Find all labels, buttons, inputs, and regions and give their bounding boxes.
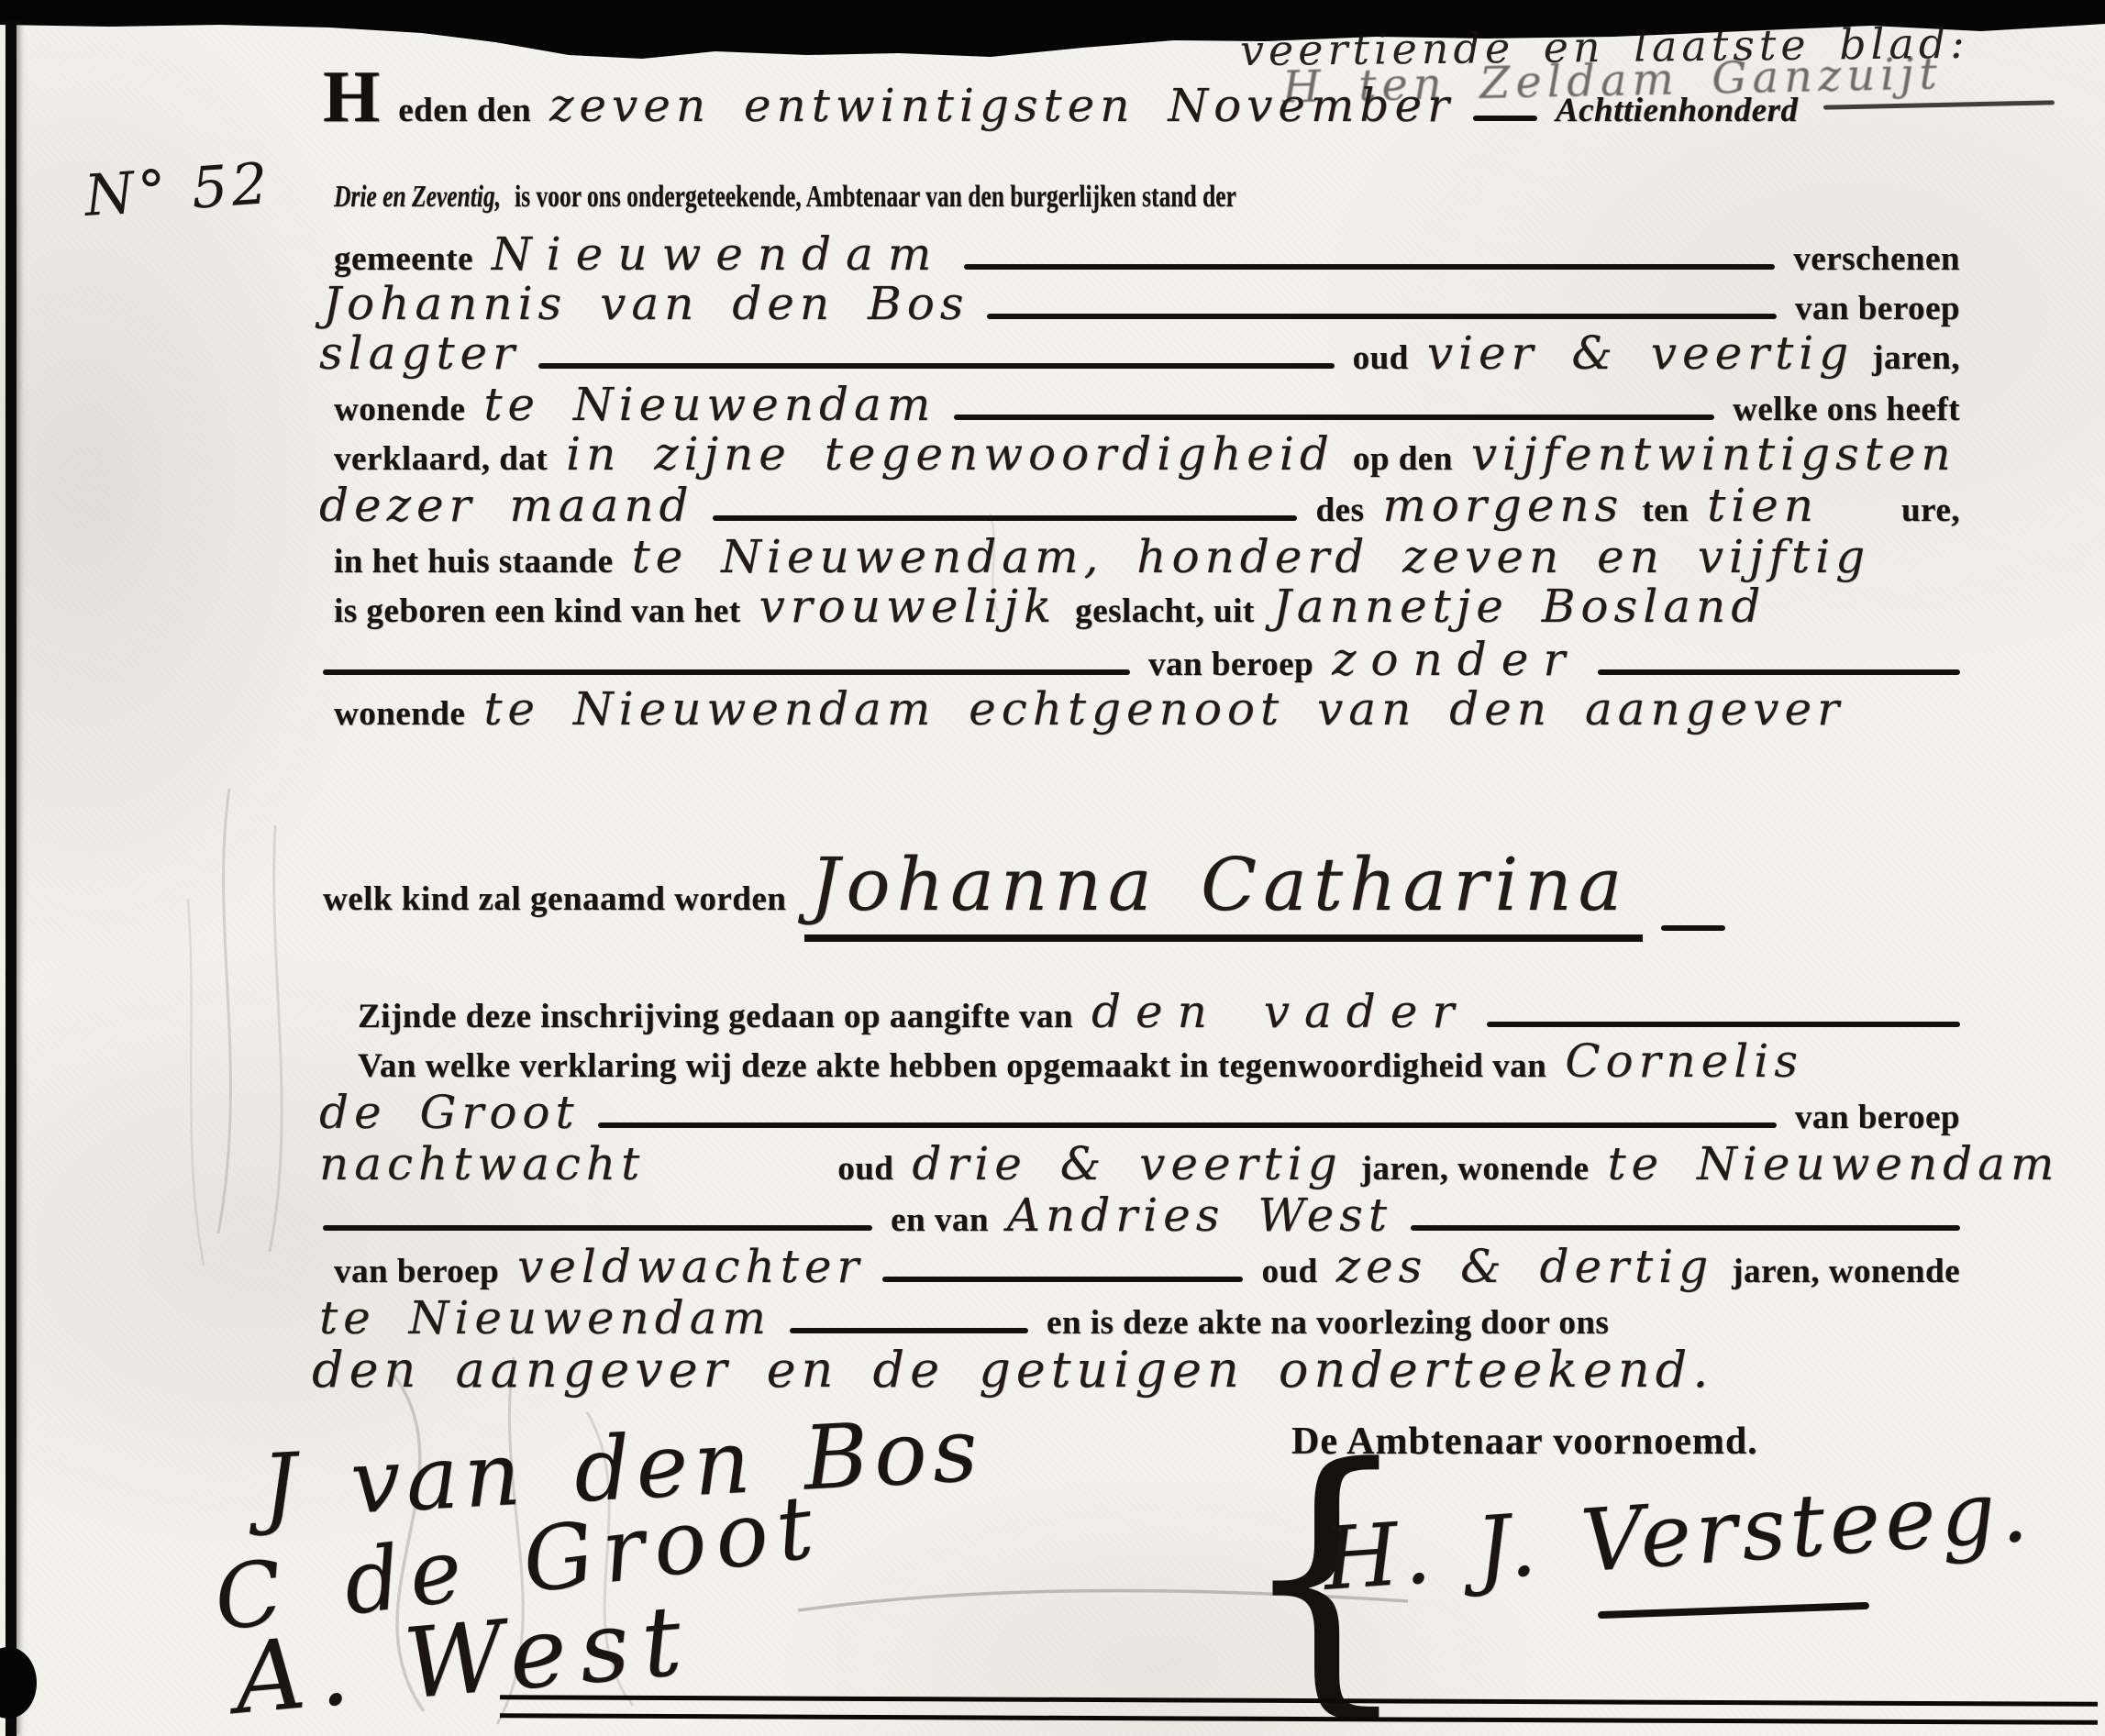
printed-text: verschenen (1793, 239, 1960, 279)
printed-text: in het huis staande (334, 542, 614, 581)
handwritten-text: te Nieuwendam (483, 378, 936, 431)
line-gemeente: gemeenteNieuwendamverschenen (334, 227, 1960, 281)
signature-official: H. J. Versteeg. (1320, 1461, 2035, 1610)
line-mother-occupation: van beroepzonder (323, 633, 1960, 686)
handwritten-text: de Groot (319, 1086, 580, 1139)
blank-line-rule (1411, 1225, 1960, 1231)
line-witnesses-intro: Van welke verklaring wij deze akte hebbe… (358, 1034, 1803, 1088)
printed-text: gemeente (334, 239, 473, 279)
handwritten-text: vijfentwintigsten (1471, 427, 1956, 481)
line-declarant-residence: wonendete Nieuwendamwelke ons heeft (334, 378, 1960, 431)
blank-line-rule (323, 1225, 872, 1231)
scan-corner-blob (0, 1647, 37, 1719)
spacer (1837, 520, 1883, 521)
printed-text: wonende (334, 694, 465, 734)
line-closing: den aangever en de getuigen onderteekend… (312, 1341, 1713, 1399)
act-number: N° 52 (83, 149, 273, 229)
blank-line-rule (882, 1277, 1243, 1282)
line-witness1-name: de Grootvan beroep (319, 1086, 1960, 1139)
handwritten-text: vier & veertig (1427, 326, 1854, 380)
blank-line-rule (964, 264, 1775, 270)
blank-line-rule (987, 314, 1776, 319)
spacer (663, 1178, 819, 1179)
printed-text: en van (891, 1200, 989, 1240)
printed-text: geslacht, uit (1075, 592, 1255, 631)
handwritten-text: Cornelis (1565, 1034, 1803, 1088)
line-mother-residence: wonendete Nieuwendam echtgenoot van den … (334, 682, 1845, 735)
blank-line-rule (790, 1328, 1028, 1333)
printed-text: van beroep (1795, 289, 1960, 328)
printed-text: van beroep (1795, 1098, 1960, 1137)
handwritten-text: den vader (1091, 985, 1468, 1038)
printed-text: is geboren een kind van het (334, 592, 741, 631)
line-witness2-details: van beroepveldwachteroudzes & dertigjare… (334, 1240, 1960, 1293)
line-declarant-name: Johannis van den Bosvan beroep (323, 277, 1960, 330)
printed-text: eden den (398, 91, 531, 130)
official-caption: De Ambtenaar voornoemd. (1291, 1420, 1758, 1464)
printed-text: en is deze akte na voorlezing door ons (1047, 1303, 1609, 1343)
line-witness2-residence: te Nieuwendamen is deze akte na voorlezi… (319, 1291, 1609, 1344)
handwritten-text: Andries West (1007, 1189, 1392, 1242)
official-signature-flourish (1598, 1602, 1869, 1619)
line-child-name: welk kind zal genaamd wordenJohanna Cath… (323, 842, 1725, 942)
line-year: Drie en Zeventig,is voor ons ondergeteek… (334, 180, 1236, 215)
blank-line-rule (323, 669, 1130, 675)
blank-line-rule (538, 363, 1335, 369)
printed-text: Drie en Zeventig, (334, 180, 501, 215)
printed-text: Zijnde deze inschrijving gedaan op aangi… (358, 997, 1073, 1036)
blank-line-rule (1661, 925, 1725, 931)
line-witness1-details: nachtwachtouddrie & veertigjaren, wonend… (319, 1137, 2059, 1190)
line-declaration: verklaard, datin zijne tegenwoordigheido… (334, 427, 1956, 481)
blank-line-rule (1487, 1022, 1960, 1027)
printed-text: ten (1642, 491, 1689, 530)
handwritten-text: vrouwelijk (759, 580, 1058, 633)
closing-double-rule (500, 1695, 2098, 1725)
printed-text: jaren, wonende (1361, 1149, 1590, 1189)
handwritten-text: te Nieuwendam (319, 1291, 771, 1344)
handwritten-text: nachtwacht (319, 1137, 645, 1190)
printed-text: oud (837, 1149, 893, 1189)
handwritten-text: Nieuwendam (492, 227, 946, 281)
line-registration: Zijnde deze inschrijving gedaan op aangi… (358, 985, 1960, 1038)
handwritten-text: veldwachter (517, 1240, 864, 1293)
document-scan: N° 52 veertiende en laatste blad: H ten … (0, 0, 2105, 1736)
handwritten-text: drie & veertig (912, 1137, 1342, 1190)
line-birth-house: in het huis staandete Nieuwendam, honder… (334, 530, 1870, 583)
printed-text: welke ons heeft (1733, 390, 1960, 429)
printed-text: oud (1261, 1252, 1317, 1291)
handwritten-text: zonder (1332, 633, 1579, 686)
handwritten-text: te Nieuwendam, honderd zeven en vijftig (632, 530, 1871, 583)
handwritten-text: tien (1707, 479, 1819, 532)
line-witness2-name: en vanAndries West (323, 1189, 1960, 1242)
line-child-sex-mother: is geboren een kind van hetvrouwelijkges… (334, 580, 1766, 633)
blank-line-rule (713, 515, 1298, 521)
handwritten-text: zes & dertig (1336, 1240, 1713, 1293)
handwritten-text: Jannetje Bosland (1273, 580, 1766, 633)
handwritten-text: in zijne tegenwoordigheid (566, 427, 1335, 481)
blank-line-rule (1598, 669, 1960, 675)
handwritten-text: te Nieuwendam (1607, 1137, 2059, 1190)
blank-line-rule (954, 415, 1714, 420)
handwritten-text: den aangever en de getuigen onderteekend… (312, 1341, 1713, 1399)
printed-text: des (1315, 491, 1364, 530)
printed-text: H (323, 81, 380, 114)
printed-text: jaren, (1872, 338, 1960, 378)
printed-text: van beroep (1148, 645, 1313, 684)
annotation-underline (1823, 100, 2055, 109)
handwritten-text: Johannis van den Bos (323, 277, 969, 330)
handwritten-text: zeven entwintigsten November (549, 79, 1455, 132)
handwritten-text: Johanna Catharina (804, 842, 1643, 942)
blank-line-rule (598, 1122, 1777, 1128)
line-birth-time: dezer maanddesmorgenstentienure, (319, 479, 1960, 532)
printed-text: Achttienhonderd (1556, 91, 1799, 130)
printed-text: is voor ons ondergeteekende, Ambtenaar v… (515, 180, 1236, 215)
printed-text: jaren, wonende (1732, 1252, 1960, 1291)
handwritten-text: morgens (1382, 479, 1623, 532)
printed-text: verklaard, dat (334, 439, 548, 479)
printed-text: Van welke verklaring wij deze akte hebbe… (358, 1046, 1546, 1086)
printed-text: van beroep (334, 1252, 499, 1291)
line-declarant-occupation: slagteroudvier & veertigjaren, (319, 326, 1960, 380)
handwritten-text: te Nieuwendam echtgenoot van den aangeve… (483, 682, 1845, 735)
printed-text: op den (1353, 439, 1453, 479)
handwritten-text: slagter (319, 326, 520, 380)
scan-black-left-edge (6, 22, 17, 1736)
printed-text: welk kind zal genaamd worden (323, 879, 786, 919)
blank-line-rule (1473, 116, 1537, 121)
printed-text: wonende (334, 390, 465, 429)
handwritten-text: dezer maand (319, 479, 694, 532)
line-opening: Heden denzeven entwintigsten NovemberAch… (323, 79, 1798, 132)
printed-text: ure, (1901, 491, 1960, 530)
printed-text: oud (1353, 338, 1409, 378)
